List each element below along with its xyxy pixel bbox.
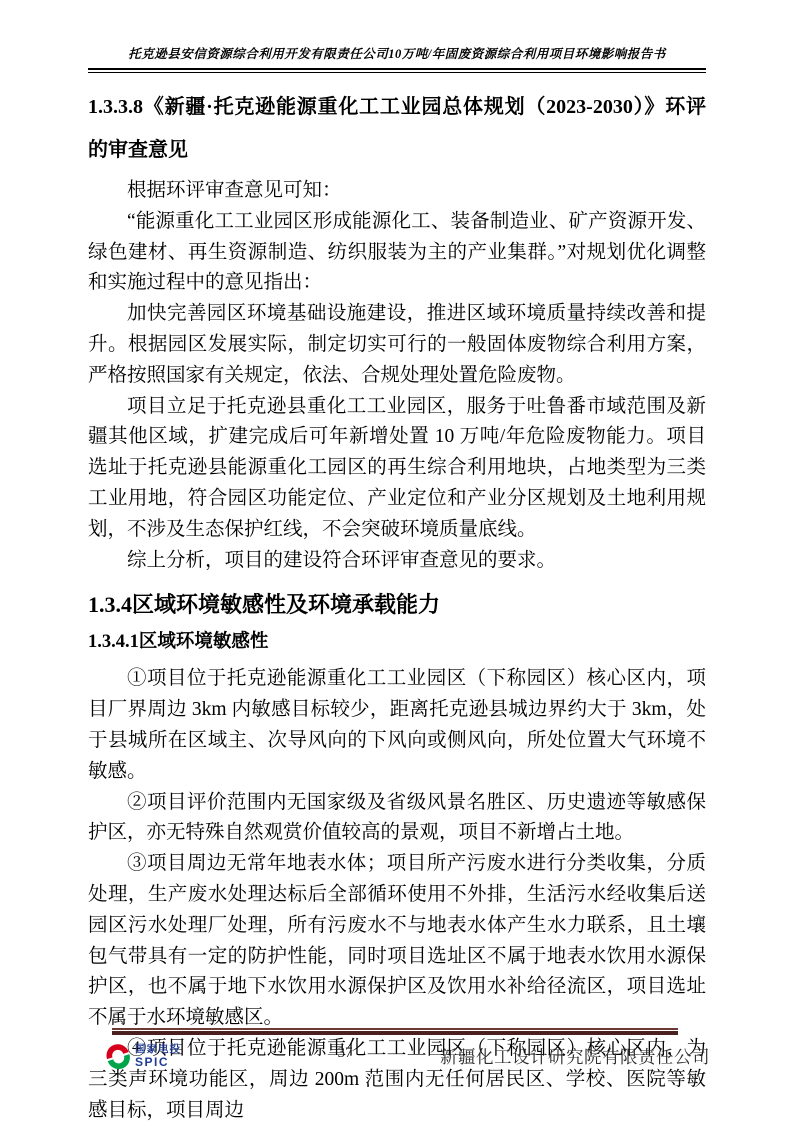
- paragraph: ①项目位于托克逊能源重化工工业园区（下称园区）核心区内，项目厂界周边 3km 内…: [88, 664, 706, 787]
- spic-logo-name-en: SPIC: [135, 1056, 181, 1068]
- paragraph: “能源重化工工业园区形成能源化工、装备制造业、矿产资源开发、绿色建材、再生资源制…: [88, 207, 706, 299]
- spic-logo-name-cn: 国家电投: [135, 1044, 181, 1055]
- footer-rule: [112, 1028, 678, 1035]
- paragraph: 加快完善园区环境基础设施建设，推进区域环境质量持续改善和提升。根据园区发展实际，…: [88, 299, 706, 391]
- document-body: 1.3.3.8《新疆·托克逊能源重化工工业园总体规划（2023-2030）》环评…: [88, 86, 706, 1122]
- paragraph: 根据环评审查意见可知：: [88, 176, 706, 207]
- spic-logo-text: 国家电投 SPIC: [135, 1044, 181, 1068]
- heading-1-3-4: 1.3.4区域环境敏感性及环境承载能力: [88, 588, 706, 622]
- heading-1-3-4-1: 1.3.4.1区域环境敏感性: [88, 628, 706, 656]
- page-number: 37: [300, 1045, 390, 1062]
- paragraph: 综上分析，项目的建设符合环评审查意见的要求。: [88, 546, 706, 577]
- paragraph: ③项目周边无常年地表水体；项目所产污废水进行分类收集，分质处理，生产废水处理达标…: [88, 849, 706, 1034]
- spic-swirl-icon: [104, 1042, 132, 1070]
- header-rule: [88, 68, 706, 73]
- paragraph: 项目立足于托克逊县重化工工业园区，服务于吐鲁番市域范围及新疆其他区域，扩建完成后…: [88, 392, 706, 546]
- spic-logo: 国家电投 SPIC: [104, 1042, 181, 1070]
- heading-1-3-3-8: 1.3.3.8《新疆·托克逊能源重化工工业园总体规划（2023-2030）》环评…: [88, 86, 706, 172]
- document-page: 托克逊县安信资源综合利用开发有限责任公司10万吨/年固废资源综合利用项目环境影响…: [0, 0, 793, 1122]
- running-header-title: 托克逊县安信资源综合利用开发有限责任公司10万吨/年固废资源综合利用项目环境影响…: [88, 44, 706, 62]
- page-footer: 国家电投 SPIC 37 新疆化工设计研究院有限责任公司: [0, 1028, 793, 1118]
- paragraph: ②项目评价范围内无国家级及省级风景名胜区、历史遗迹等敏感保护区，亦无特殊自然观赏…: [88, 788, 706, 850]
- page-header: 托克逊县安信资源综合利用开发有限责任公司10万吨/年固废资源综合利用项目环境影响…: [88, 44, 706, 73]
- footer-company-name: 新疆化工设计研究院有限责任公司: [440, 1044, 710, 1069]
